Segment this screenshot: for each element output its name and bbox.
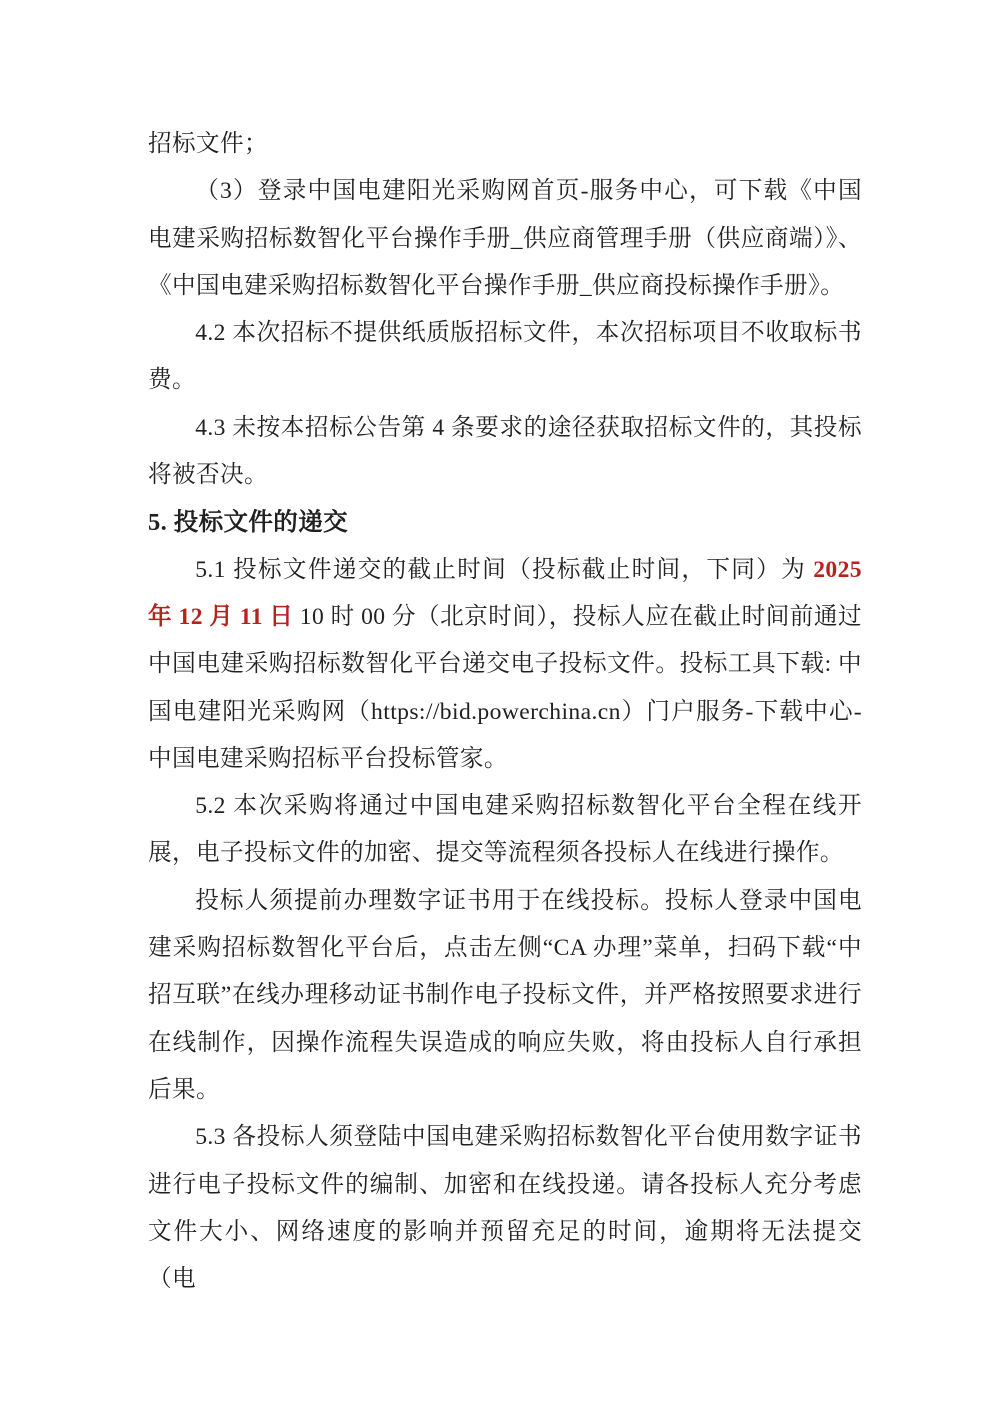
paragraph-5-2: 5.2 本次采购将通过中国电建采购招标数智化平台全程在线开展，电子投标文件的加密… bbox=[148, 783, 862, 878]
paragraph-5-1-before-date: 5.1 投标文件递交的截止时间（投标截止时间，下同）为 bbox=[195, 557, 813, 583]
section-5-heading: 5. 投标文件的递交 bbox=[148, 499, 862, 546]
paragraph-continuation: 招标文件； bbox=[148, 121, 862, 168]
paragraph-4-2: 4.2 本次招标不提供纸质版招标文件，本次招标项目不收取标书费。 bbox=[148, 310, 862, 405]
document-page: 招标文件； （3）登录中国电建阳光采购网首页-服务中心，可下载《中国电建采购招标… bbox=[0, 0, 1000, 1414]
paragraph-5-1: 5.1 投标文件递交的截止时间（投标截止时间，下同）为 2025 年 12 月 … bbox=[148, 547, 862, 783]
document-body: 招标文件； （3）登录中国电建阳光采购网首页-服务中心，可下载《中国电建采购招标… bbox=[148, 121, 862, 1303]
paragraph-5-3: 5.3 各投标人须登陆中国电建采购招标数智化平台使用数字证书进行电子投标文件的编… bbox=[148, 1114, 862, 1303]
paragraph-ca-certificate: 投标人须提前办理数字证书用于在线投标。投标人登录中国电建采购招标数智化平台后，点… bbox=[148, 878, 862, 1114]
paragraph-4-3: 4.3 未按本招标公告第 4 条要求的途径获取招标文件的，其投标将被否决。 bbox=[148, 405, 862, 500]
paragraph-download-manuals: （3）登录中国电建阳光采购网首页-服务中心，可下载《中国电建采购招标数智化平台操… bbox=[148, 168, 862, 310]
